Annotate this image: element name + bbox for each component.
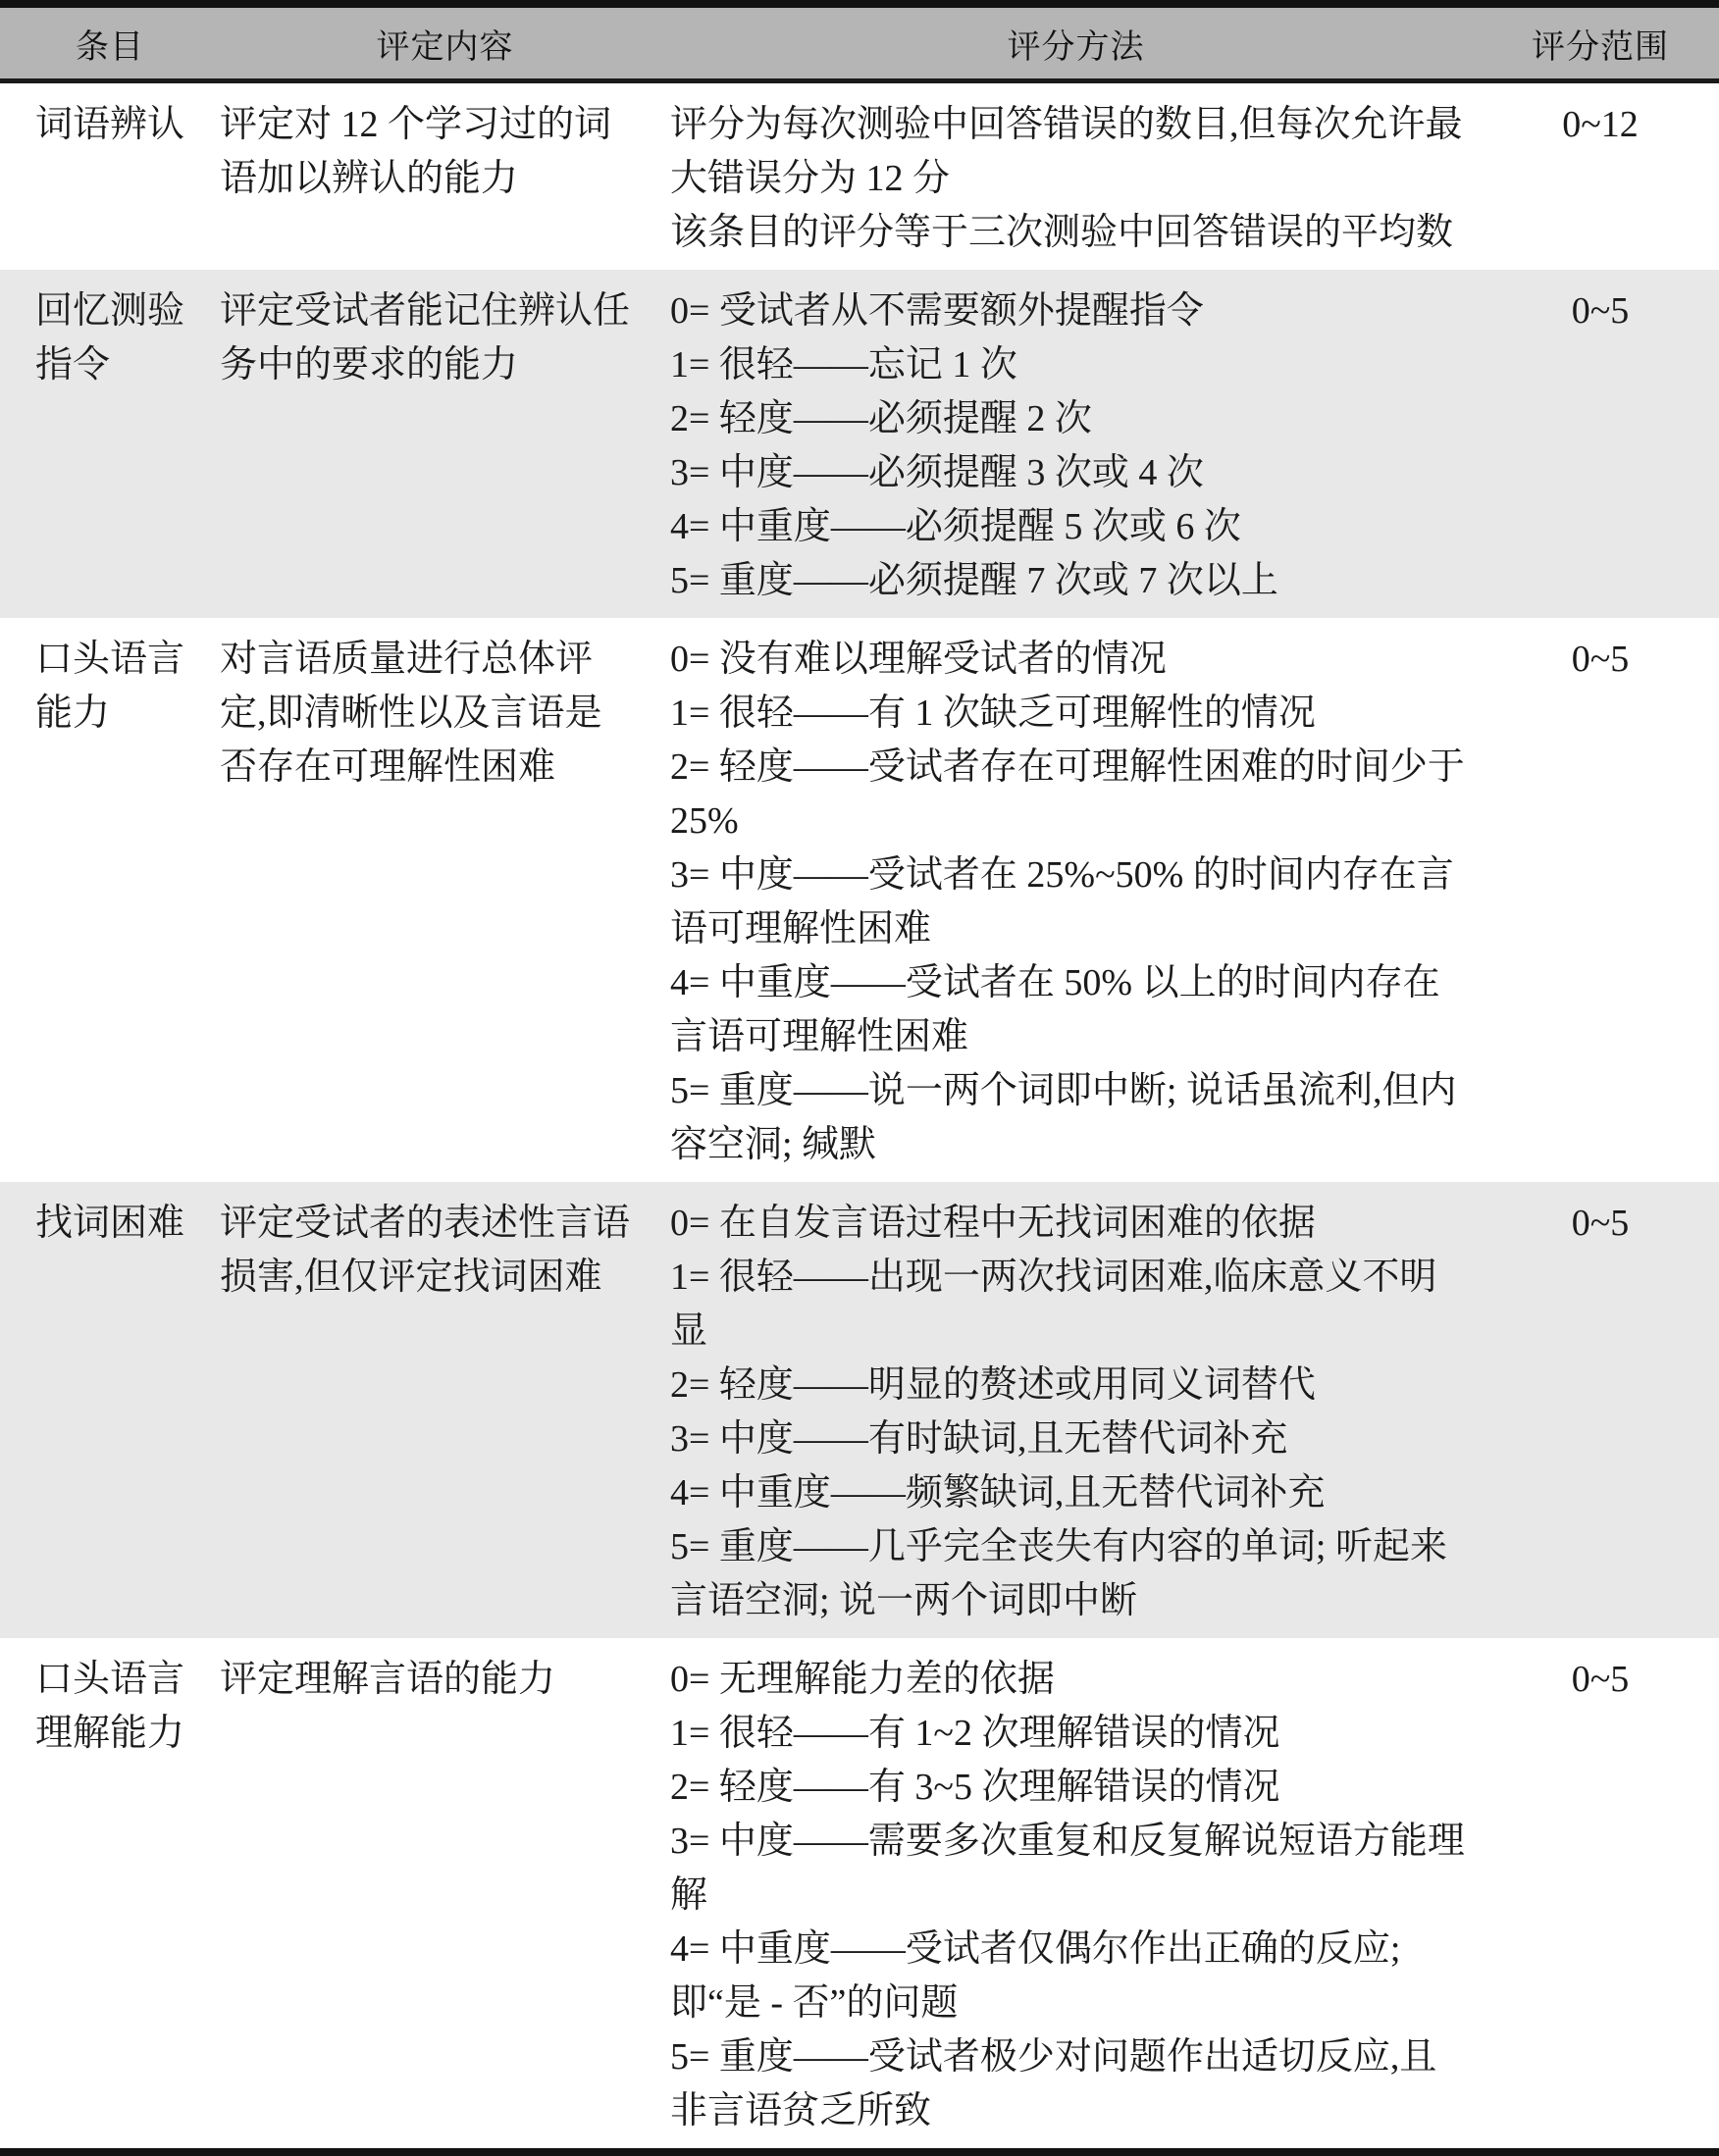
range-cell: 0~5 <box>1482 270 1719 618</box>
method-line: 2= 轻度——受试者存在可理解性困难的时间少于 25% <box>670 741 1472 848</box>
item-cell: 回忆测验指令 <box>0 270 220 618</box>
header-method-column: 评分方法 <box>670 4 1482 81</box>
method-line: 1= 很轻——出现一两次找词困难,临床意义不明显 <box>670 1251 1472 1359</box>
method-line: 1= 很轻——有 1~2 次理解错误的情况 <box>670 1707 1472 1761</box>
method-cell: 0= 无理解能力差的依据1= 很轻——有 1~2 次理解错误的情况2= 轻度——… <box>670 1638 1482 2152</box>
item-label: 回忆测验指令 <box>35 290 184 385</box>
method-cell: 0= 受试者从不需要额外提醒指令1= 很轻——忘记 1 次2= 轻度——必须提醒… <box>670 270 1482 618</box>
range-value: 0~5 <box>1572 1203 1630 1244</box>
header-content-column: 评定内容 <box>220 4 670 81</box>
content-cell: 评定受试者的表述性言语损害,但仅评定找词困难 <box>220 1182 670 1638</box>
content-cell: 对言语质量进行总体评定,即清晰性以及言语是否存在可理解性困难 <box>220 618 670 1182</box>
range-value: 0~12 <box>1562 104 1639 145</box>
item-label: 口头语言理解能力 <box>35 1659 184 1754</box>
method-line: 该条目的评分等于三次测验中回答错误的平均数 <box>670 206 1472 260</box>
rating-scale-table: 条目 评定内容 评分方法 评分范围 词语辨认评定对 12 个学习过的词语加以辨认… <box>0 0 1719 2156</box>
table-body: 词语辨认评定对 12 个学习过的词语加以辨认的能力评分为每次测验中回答错误的数目… <box>0 81 1719 2153</box>
method-line: 5= 重度——说一两个词即中断; 说话虽流利,但内容空洞; 缄默 <box>670 1064 1472 1172</box>
header-range-column: 评分范围 <box>1482 4 1719 81</box>
method-line: 0= 在自发言语过程中无找词困难的依据 <box>670 1197 1472 1251</box>
method-line: 1= 很轻——忘记 1 次 <box>670 338 1472 392</box>
method-line: 1= 很轻——有 1 次缺乏可理解性的情况 <box>670 687 1472 741</box>
range-value: 0~5 <box>1572 290 1630 332</box>
header-item-column: 条目 <box>0 4 220 81</box>
method-line: 2= 轻度——必须提醒 2 次 <box>670 392 1472 446</box>
content-cell: 评定理解言语的能力 <box>220 1638 670 2152</box>
table-row: 找词困难评定受试者的表述性言语损害,但仅评定找词困难0= 在自发言语过程中无找词… <box>0 1182 1719 1638</box>
item-cell: 词语辨认 <box>0 81 220 271</box>
table-row: 口头语言理解能力评定理解言语的能力0= 无理解能力差的依据1= 很轻——有 1~… <box>0 1638 1719 2152</box>
content-text: 评定理解言语的能力 <box>220 1659 555 1700</box>
table-header: 条目 评定内容 评分方法 评分范围 <box>0 4 1719 81</box>
content-text: 对言语质量进行总体评定,即清晰性以及言语是否存在可理解性困难 <box>220 639 602 788</box>
method-line: 4= 中重度——受试者仅偶尔作出正确的反应; 即“是 - 否”的问题 <box>670 1923 1472 2030</box>
content-text: 评定对 12 个学习过的词语加以辨认的能力 <box>220 104 611 199</box>
content-cell: 评定受试者能记住辨认任务中的要求的能力 <box>220 270 670 618</box>
range-cell: 0~5 <box>1482 1182 1719 1638</box>
method-line: 3= 中度——必须提醒 3 次或 4 次 <box>670 446 1472 500</box>
method-line: 4= 中重度——频繁缺词,且无替代词补充 <box>670 1466 1472 1520</box>
header-row: 条目 评定内容 评分方法 评分范围 <box>0 4 1719 81</box>
method-line: 2= 轻度——明显的赘述或用同义词替代 <box>670 1359 1472 1412</box>
content-cell: 评定对 12 个学习过的词语加以辨认的能力 <box>220 81 670 271</box>
table-row: 回忆测验指令评定受试者能记住辨认任务中的要求的能力0= 受试者从不需要额外提醒指… <box>0 270 1719 618</box>
range-cell: 0~12 <box>1482 81 1719 271</box>
method-line: 0= 无理解能力差的依据 <box>670 1653 1472 1707</box>
range-value: 0~5 <box>1572 639 1630 680</box>
method-line: 0= 受试者从不需要额外提醒指令 <box>670 284 1472 338</box>
item-cell: 口头语言理解能力 <box>0 1638 220 2152</box>
item-label: 词语辨认 <box>35 104 184 145</box>
method-line: 2= 轻度——有 3~5 次理解错误的情况 <box>670 1761 1472 1815</box>
item-cell: 找词困难 <box>0 1182 220 1638</box>
method-line: 4= 中重度——受试者在 50% 以上的时间内存在言语可理解性困难 <box>670 956 1472 1064</box>
method-line: 4= 中重度——必须提醒 5 次或 6 次 <box>670 500 1472 554</box>
method-line: 5= 重度——几乎完全丧失有内容的单词; 听起来言语空洞; 说一两个词即中断 <box>670 1520 1472 1628</box>
table-row: 口头语言能力对言语质量进行总体评定,即清晰性以及言语是否存在可理解性困难0= 没… <box>0 618 1719 1182</box>
range-value: 0~5 <box>1572 1659 1630 1700</box>
item-label: 找词困难 <box>35 1203 184 1244</box>
method-line: 评分为每次测验中回答错误的数目,但每次允许最大错误分为 12 分 <box>670 98 1472 206</box>
method-line: 5= 重度——受试者极少对问题作出适切反应,且非言语贫乏所致 <box>670 2030 1472 2138</box>
method-line: 5= 重度——必须提醒 7 次或 7 次以上 <box>670 554 1472 608</box>
item-label: 口头语言能力 <box>35 639 184 734</box>
method-cell: 评分为每次测验中回答错误的数目,但每次允许最大错误分为 12 分该条目的评分等于… <box>670 81 1482 271</box>
method-cell: 0= 在自发言语过程中无找词困难的依据1= 很轻——出现一两次找词困难,临床意义… <box>670 1182 1482 1638</box>
method-line: 3= 中度——有时缺词,且无替代词补充 <box>670 1412 1472 1466</box>
method-line: 3= 中度——受试者在 25%~50% 的时间内存在言语可理解性困难 <box>670 848 1472 956</box>
range-cell: 0~5 <box>1482 618 1719 1182</box>
method-line: 3= 中度——需要多次重复和反复解说短语方能理解 <box>670 1815 1472 1923</box>
item-cell: 口头语言能力 <box>0 618 220 1182</box>
table-row: 词语辨认评定对 12 个学习过的词语加以辨认的能力评分为每次测验中回答错误的数目… <box>0 81 1719 271</box>
content-text: 评定受试者的表述性言语损害,但仅评定找词困难 <box>220 1203 630 1298</box>
method-cell: 0= 没有难以理解受试者的情况1= 很轻——有 1 次缺乏可理解性的情况2= 轻… <box>670 618 1482 1182</box>
content-text: 评定受试者能记住辨认任务中的要求的能力 <box>220 290 630 385</box>
method-line: 0= 没有难以理解受试者的情况 <box>670 633 1472 687</box>
range-cell: 0~5 <box>1482 1638 1719 2152</box>
